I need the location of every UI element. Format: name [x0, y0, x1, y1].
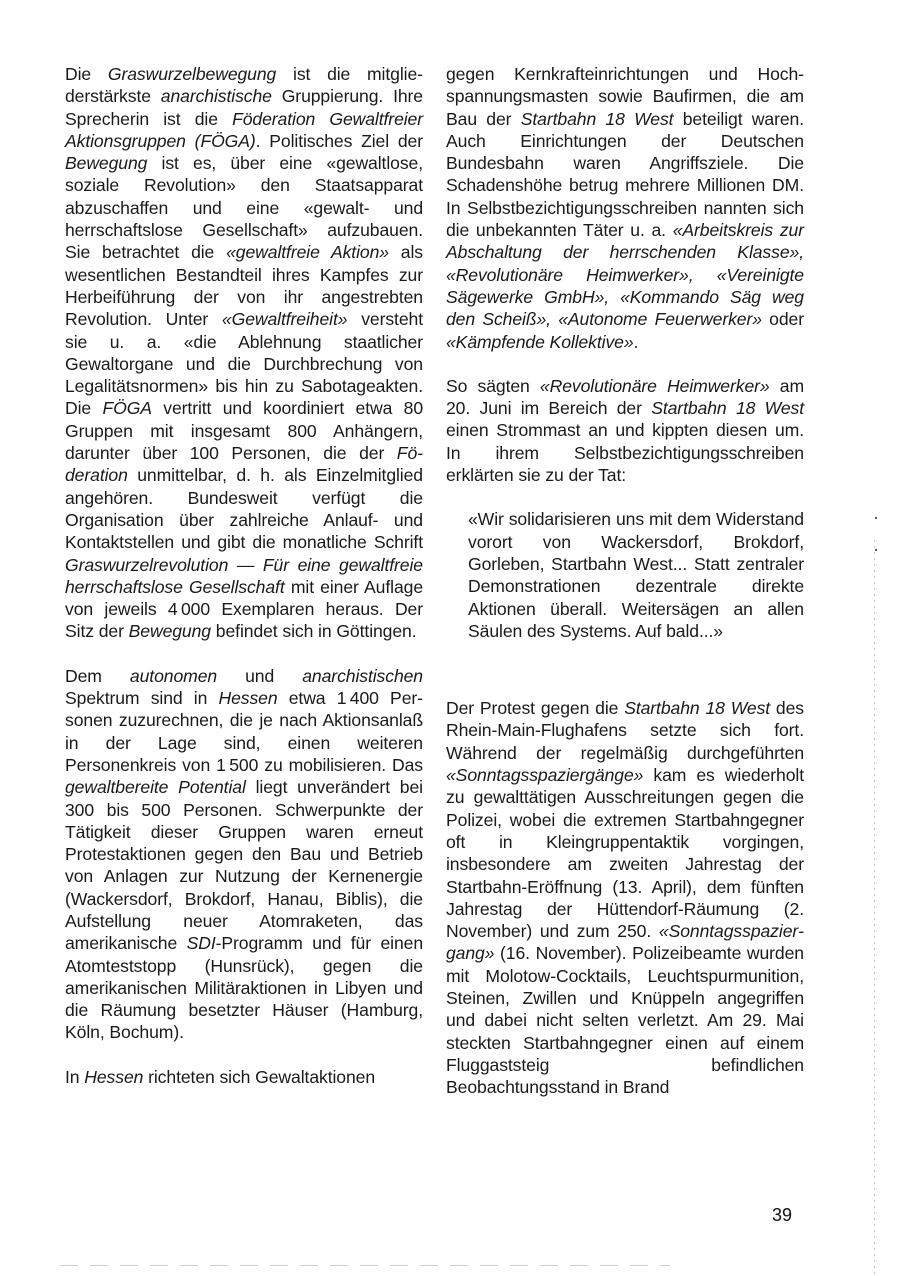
italic-run: Startbahn 18 West [624, 698, 770, 718]
scan-artifact-dot [875, 549, 877, 551]
italic-run: gewaltbereite Potential [65, 777, 246, 797]
italic-run: autonomen [130, 666, 217, 686]
italic-run: Graswurzelbewegung [108, 64, 276, 84]
paragraph-revolutionaere-heimwerker: So sägten «Revolutionäre Heimwerker» am … [446, 375, 804, 486]
italic-run: Startbahn 18 West [651, 398, 804, 418]
paragraph-autonomen-spektrum: Dem autonomen und anarchistischen Spektr… [65, 665, 423, 1044]
italic-run: SDI [187, 933, 216, 953]
text-run: kam es wiederholt zu gewalttätigen Aussc… [446, 765, 804, 941]
text-run: In [65, 1067, 84, 1087]
text-run: einen Strommast an und kippten diesen um… [446, 420, 804, 485]
text-run: «Wir solidarisieren uns mit dem Wider­st… [468, 509, 804, 640]
text-run: und [217, 666, 302, 686]
italic-run: Hessen [218, 688, 277, 708]
italic-run: «Revolutionäre Heimwerker» [540, 376, 770, 396]
text-run: . [634, 332, 639, 352]
document-page: Die Graswurzelbewegung ist die mitglie­d… [0, 0, 900, 1276]
italic-run: anarchistischen [302, 666, 423, 686]
italic-run: «Kämpfende Kollektive» [446, 332, 634, 352]
italic-run: Startbahn 18 West [521, 109, 674, 129]
italic-run: «Sonntagsspaziergänge» [446, 765, 643, 785]
text-run: Dem [65, 666, 130, 686]
italic-run: anarchistische [161, 86, 272, 106]
block-quote: «Wir solidarisieren uns mit dem Wider­st… [468, 508, 804, 642]
scan-artifact-right-edge [874, 540, 875, 1275]
text-run: liegt unverän­dert bei 300 bis 500 Perso… [65, 777, 423, 953]
paragraph-kernkrafteinrichtungen: gegen Kernkrafteinrichtungen und Hoch­sp… [446, 63, 804, 353]
italic-run: Bewegung [129, 621, 211, 641]
text-run: oder [762, 309, 804, 329]
scan-artifact-bottom-edge [60, 1265, 670, 1266]
text-run: Die [65, 64, 108, 84]
italic-run: «gewaltfreie Aktion» [226, 242, 389, 262]
paragraph-startbahn-protest: Der Protest gegen die Startbahn 18 West … [446, 697, 804, 1098]
italic-run: FÖGA [102, 398, 151, 418]
page-number: 39 [772, 1205, 792, 1226]
left-column: Die Graswurzelbewegung ist die mitglie­d… [65, 63, 423, 1110]
italic-run: Hessen [84, 1067, 143, 1087]
paragraph-hessen-gewaltaktionen: In Hessen richteten sich Gewaltaktionen [65, 1066, 423, 1088]
right-column: gegen Kernkrafteinrichtungen und Hoch­sp… [446, 63, 804, 1120]
text-run: . Politi­sches Ziel der [256, 131, 423, 151]
text-run: So sägten [446, 376, 540, 396]
text-run: be­findet sich in Göttingen. [211, 621, 417, 641]
italic-run: «Gewaltfreiheit» [222, 309, 348, 329]
paragraph-graswurzelbewegung: Die Graswurzelbewegung ist die mitglie­d… [65, 63, 423, 643]
text-run: Der Protest gegen die [446, 698, 624, 718]
text-run: Spektrum sind in [65, 688, 218, 708]
text-run: (16. November). Polizeibeamte wurden mit… [446, 943, 804, 1097]
italic-run: Bewegung [65, 153, 147, 173]
text-run: richteten sich Gewaltaktionen [143, 1067, 375, 1087]
scan-artifact-dot [875, 517, 877, 519]
